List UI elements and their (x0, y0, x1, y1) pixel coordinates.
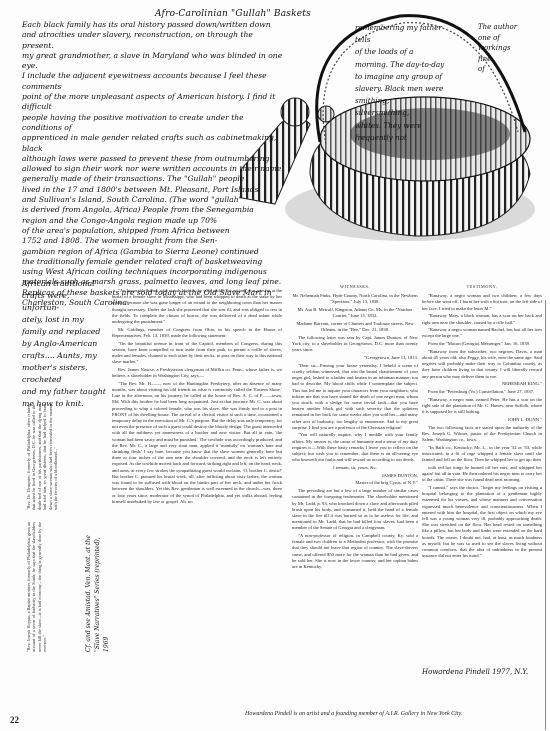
handwritten-line: allowed to sign their work nor were writ… (22, 164, 284, 174)
paragraph: "Ranaway from the subscriber, two negroe… (422, 349, 542, 380)
handwritten-line: the traditionally female gender related … (22, 257, 284, 267)
column-heading: TESTIMONY. (422, 284, 542, 290)
handwritten-line: and my father taught (22, 386, 108, 398)
handwritten-far-right-block: The author one of workings fine of (478, 22, 540, 75)
handwritten-line: of the area's population, shipped from A… (22, 226, 284, 236)
handwritten-line: of the loads of a (355, 46, 445, 58)
handwritten-line: I include the adjacent eyewitness accoun… (22, 71, 284, 92)
magazine-page: Afro-Carolinian "Gullah" Baskets Ea (0, 0, 550, 731)
handwritten-line: workings (478, 43, 540, 54)
handwritten-line: and atrocities under slavery, reconstruc… (22, 30, 284, 51)
paragraph: Mr. Giddings, member of Congress from Oh… (112, 327, 282, 339)
paragraph: NEHEMIAH KING." (422, 381, 542, 387)
handwritten-signature: Howardena Pindell 1977, N.Y. (422, 668, 528, 676)
handwritten-line: and Sullivan's Island, South Carolina. (… (22, 195, 284, 205)
paragraph: From the "Macon (Georgia) Messenger," Ja… (422, 341, 542, 347)
column-heading: WITNESSES. (292, 284, 418, 290)
paragraph: "An honorable friend, who stands high in… (112, 288, 282, 325)
handwritten-line: morning. The day-to-day (355, 59, 445, 71)
text-column-3: TESTIMONY. "Ranaway, a negro woman and t… (422, 282, 542, 561)
handwritten-line: African traditional (22, 278, 108, 290)
vertical-clippings: "Rev. Dr. Dempster, formerly of Philadel… (24, 402, 120, 652)
citation: Mr. Asa B. Metcalf, Kingston, Adams Co. … (292, 307, 418, 319)
handwritten-line: The author (478, 22, 540, 33)
handwritten-line: smithing, silversmithing, (355, 95, 445, 119)
vertical-handwritten-note: Cf. and see Amistad. Ven. Mont. at the "… (84, 522, 111, 652)
handwritten-line: region and the Congo-Angola region made … (22, 216, 284, 226)
paragraph: "I cannot," says the doctor, "forget my … (422, 485, 542, 559)
handwritten-line: by Anglo-American (22, 338, 108, 350)
paragraph: The preceding are but a few of a large n… (292, 488, 418, 531)
vertical-clipping: "Rev. Dr. Dempster, formerly of Philadel… (26, 404, 58, 510)
paragraph: The two following facts are stated upon … (422, 425, 542, 444)
handwritten-line: crafts.... Aunts, my (22, 350, 108, 362)
ad-text: "Ranaway Mary, a black woman, has a scar… (422, 313, 542, 325)
paragraph: JAMES DUNTON, (292, 473, 418, 479)
paragraph: JOHN L. DUNN." (422, 417, 542, 423)
paragraph: "A non-professor of religion, in Campbel… (292, 533, 418, 570)
paragraph: Rev. James Nourse, a Presbyterian clergy… (112, 367, 282, 379)
handwritten-line: 1752 and 1808. The women brought from th… (22, 236, 284, 246)
text-column-2: WITNESSES. Mr. Nehemiah Finks, Hyde Coun… (292, 282, 418, 572)
handwritten-line: mother's sisters, crocheted (22, 362, 108, 386)
paragraph: with red hot tongs he burned off her ear… (422, 465, 542, 484)
paragraph: "You will naturally inquire, why I meddl… (292, 432, 418, 463)
paragraph: Master of the brig Cyrus, of N.Y." (292, 480, 418, 486)
handwritten-line: slavery. Black men were (355, 83, 445, 95)
citation: Madame Burvant, corner of Chartres and T… (292, 321, 418, 333)
handwritten-line: whites. They were frequently not (355, 120, 445, 144)
handwritten-line: is derived from Angola, Africa) People f… (22, 205, 284, 215)
handwritten-line: lived in the 17 and 1800's between Mt. P… (22, 185, 284, 195)
text-column-1: "An honorable friend, who stands high in… (112, 288, 282, 506)
handwritten-narrative: Each black family has its oral history p… (22, 20, 284, 308)
handwritten-line: point of the more unpleasant aspects of … (22, 92, 284, 113)
handwritten-line: to imagine any group of (355, 71, 445, 83)
page-edge-rule (545, 300, 546, 730)
handwritten-line: people having the positive motivation to… (22, 113, 284, 134)
handwritten-line: fine (478, 54, 540, 65)
ad-text: "Ranaway, a negro woman and two children… (422, 293, 542, 312)
handwritten-line: although laws were passed to prevent the… (22, 154, 284, 164)
handwritten-side-note: African traditional crafts were, unfortu… (22, 278, 108, 410)
author-credit: Howardena Pindell is an artist and a fou… (245, 711, 462, 717)
ad-text: "Ranaway a negro woman named Rachel, has… (422, 327, 542, 339)
handwritten-right-block: remembering my father tells of the loads… (355, 22, 445, 144)
page-number: 22 (10, 715, 19, 725)
paragraph: "The Rev. Mr. H——, now of the Huntingdon… (112, 381, 282, 505)
paragraph: "Ranaway, a negro man, named Peter. He h… (422, 397, 542, 416)
paragraph: The following letter was sent by Capt. J… (292, 335, 418, 354)
handwritten-line: remembering my father tells (355, 22, 445, 46)
paragraph: I remain, sir, yours, &c. (292, 465, 418, 471)
paragraph: "On the beautiful avenue in front of the… (112, 341, 282, 366)
paragraph: "Georgetown, June 13, 1813. (292, 355, 418, 361)
handwritten-line: one of (478, 33, 540, 44)
citation: Mr. Nehemiah Finks, Hyde County, North C… (292, 293, 418, 305)
handwritten-line: ately, lost in my (22, 314, 108, 326)
paragraph: "In Bath co., Kentucky, Mr. L., in the y… (422, 445, 542, 464)
paragraph: "Dear sir—Passing your house yesterday, … (292, 363, 418, 431)
handwritten-line: crafts were, unfortun- (22, 290, 108, 314)
handwritten-line: Each black family has its oral history p… (22, 20, 284, 30)
handwritten-line: using West African coiling techniques in… (22, 267, 284, 277)
handwritten-line: gambian region of Africa (Gambia to Sier… (22, 247, 284, 257)
paragraph: From the "Petersburg (Va.) Constellation… (422, 389, 542, 395)
handwritten-line: apprenticed in male gender related craft… (22, 133, 284, 154)
handwritten-line: my great grandmother, a slave in Marylan… (22, 51, 284, 72)
handwritten-line: family and replaced (22, 326, 108, 338)
vertical-clipping: "Rev. Joseph Hoppin, a Baptist minister,… (26, 522, 48, 652)
handwritten-line: generally made of their transactions. Th… (22, 174, 284, 184)
handwritten-line: of (478, 64, 540, 75)
